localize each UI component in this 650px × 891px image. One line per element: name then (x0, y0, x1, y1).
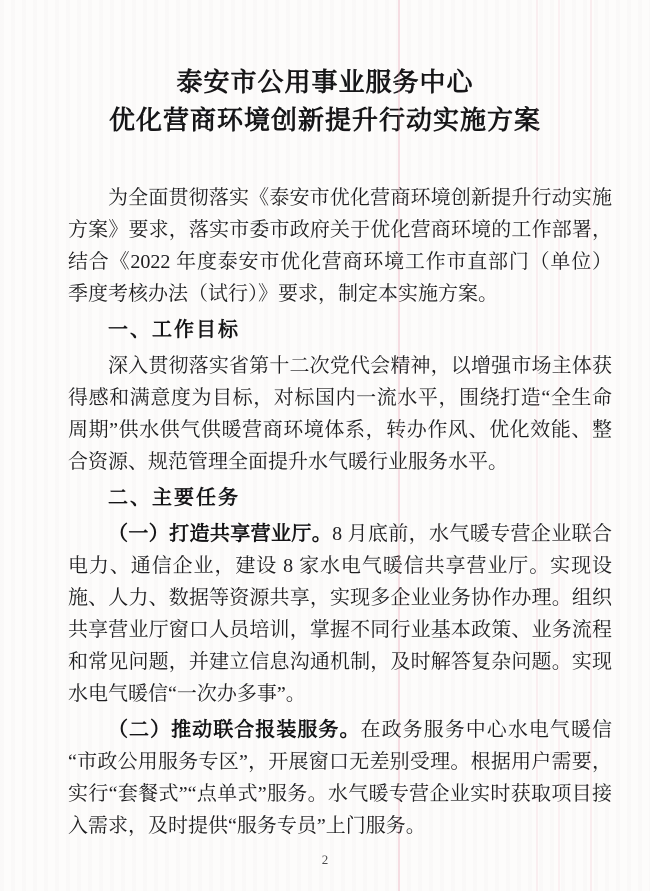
item-lead: （二）推动联合报装服务。 (108, 719, 361, 741)
page-number: 2 (322, 852, 329, 867)
document-body: 为全面贯彻落实《泰安市优化营商环境创新提升行动实施方案》要求，落实市委市政府关于… (68, 182, 612, 842)
section-heading: 一、工作目标 (68, 314, 612, 346)
page-footer: 2 (0, 851, 650, 869)
item-lead: （一）打造共享营业厅。 (108, 523, 332, 545)
document-paragraph: 为全面贯彻落实《泰安市优化营商环境创新提升行动实施方案》要求，落实市委市政府关于… (68, 182, 612, 310)
document-title-line-2: 优化营商环境创新提升行动实施方案 (0, 102, 650, 140)
document-title-line-1: 泰安市公用事业服务中心 (0, 64, 650, 102)
document-page: 泰安市公用事业服务中心 优化营商环境创新提升行动实施方案 为全面贯彻落实《泰安市… (0, 0, 650, 891)
document-paragraph: （二）推动联合报装服务。在政务服务中心水电气暖信“市政公用服务专区”，开展窗口无… (68, 714, 612, 842)
document-title: 泰安市公用事业服务中心 优化营商环境创新提升行动实施方案 (0, 64, 650, 140)
section-heading: 二、主要任务 (68, 482, 612, 514)
document-paragraph: 深入贯彻落实省第十二次党代会精神，以增强市场主体获得感和满意度为目标，对标国内一… (68, 350, 612, 478)
document-paragraph: （一）打造共享营业厅。8 月底前，水气暖专营企业联合电力、通信企业，建设 8 家… (68, 518, 612, 710)
